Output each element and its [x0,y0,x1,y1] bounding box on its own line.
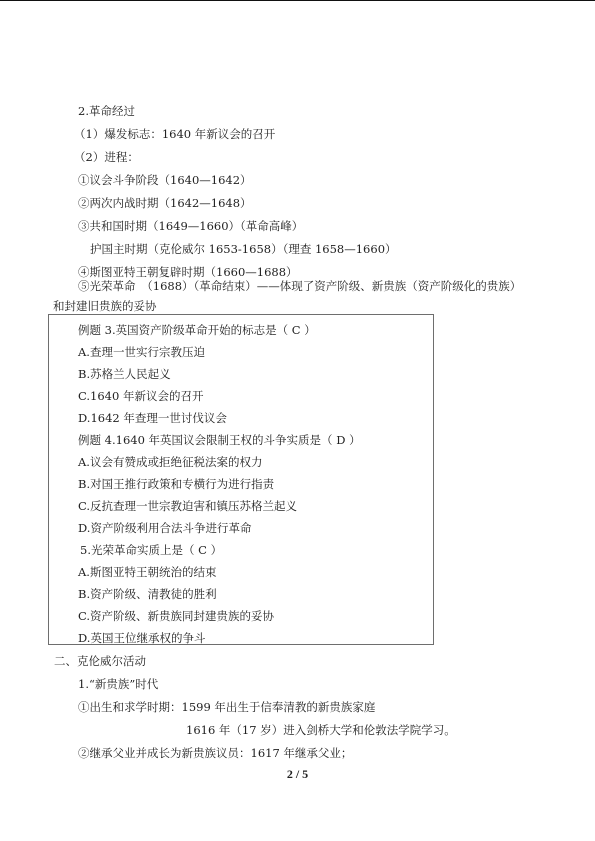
stage-4: ④斯图亚特王朝复辟时期（1660—1688） [78,265,298,279]
page-number: 2 / 5 [0,767,595,781]
stage-1: ①议会斗争阶段（1640—1642） [78,173,252,187]
example-5-option-b: B.资产阶级、清教徒的胜利 [78,587,217,601]
example-3-option-b: B.苏格兰人民起义 [78,367,171,381]
inherit-career-line: ②继承父业并成长为新贵族议员：1617 年继承父业； [78,746,352,760]
example-5-option-c: C.资产阶级、新贵族同封建贵族的妥协 [78,609,274,623]
process-label: （2）进程： [74,150,139,164]
stage-5: ⑤光荣革命 （1688）（革命结束）——体现了资产阶级、新贵族（资产阶级化的贵族… [78,279,521,293]
stage-3-protectorate: 护国主时期（克伦威尔 1653-1658）（理查 1658—1660） [90,242,397,256]
part-2-heading: 二、克伦威尔活动 [54,654,146,668]
example-4-option-d: D.资产阶级利用合法斗争进行革命 [78,521,251,535]
stage-5-continued: 和封建旧贵族的妥协 [53,299,157,313]
example-4-question: 例题 4.1640 年英国议会限制王权的斗争实质是（ D ） [78,433,361,447]
section-heading-revolution-process: 2.革命经过 [78,104,135,118]
birth-education-line: ①出生和求学时期：1599 年出生于信奉清教的新贵族家庭 [78,700,375,714]
part-2-subheading-new-nobility: 1.“新贵族”时代 [78,677,158,691]
example-4-option-c: C.反抗查理一世宗教迫害和镇压苏格兰起义 [78,499,297,513]
header-rule [0,0,595,1]
outbreak-sign-text: （1）爆发标志：1640 年新议会的召开 [74,127,275,141]
example-5-question: 5.光荣革命实质上是（ C ） [80,543,222,557]
example-4-option-b: B.对国王推行政策和专横行为进行指责 [78,477,274,491]
example-3-question: 例题 3.英国资产阶级革命开始的标志是（ C ） [78,323,316,337]
education-continued-line: 1616 年（17 岁）进入剑桥大学和伦敦法学院学习。 [186,723,456,737]
example-4-option-a: A.议会有赞成或拒绝征税法案的权力 [78,455,262,469]
example-5-option-a: A.斯图亚特王朝统治的结束 [78,565,216,579]
example-3-option-d: D.1642 年查理一世讨伐议会 [78,411,227,425]
stage-3: ③共和国时期（1649—1660）（革命高峰） [78,219,303,233]
stage-2: ②两次内战时期（1642—1648） [78,196,252,210]
example-3-option-c: C.1640 年新议会的召开 [78,389,203,403]
example-3-option-a: A.查理一世实行宗教压迫 [78,345,205,359]
example-5-option-d: D.英国王位继承权的争斗 [78,631,205,645]
